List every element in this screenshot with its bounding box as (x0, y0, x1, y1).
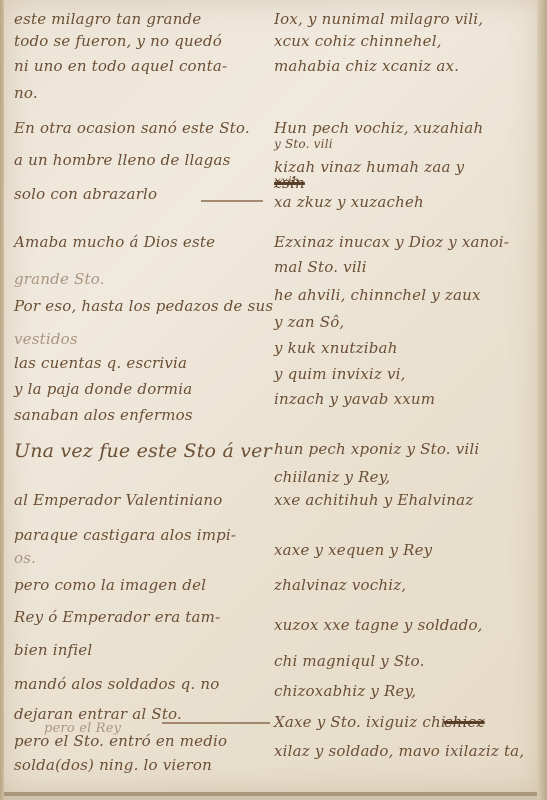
manuscript-line-spanish: las cuentas q. escrivia (14, 354, 187, 372)
manuscript-line-mayan: y quim invixiz vi, (274, 365, 406, 383)
manuscript-line-mayan: he ahvili, chinnchel y zaux (274, 286, 481, 304)
manuscript-line-mayan: Xaxe y Sto. ixiguiz chi- (274, 713, 451, 731)
struck-word: chiez (444, 713, 485, 731)
manuscript-line-spanish: al Emperador Valentiniano (14, 491, 223, 509)
manuscript-line-mayan: Iox, y nunimal milagro vili, (274, 10, 483, 28)
manuscript-line-spanish: todo se fueron, y no quedó (14, 32, 222, 50)
manuscript-line-spanish: este milagro tan grande (14, 10, 201, 28)
manuscript-line-spanish: sanaban alos enfermos (14, 406, 193, 424)
manuscript-line-spanish: bien infiel (14, 641, 92, 659)
manuscript-line-spanish: paraque castigara alos impi- (14, 526, 236, 544)
connector-line (162, 722, 270, 724)
manuscript-line-mayan: Hun pech vochiz, xuzahiah (274, 119, 483, 137)
manuscript-line-mayan: xuzox xxe tagne y soldado, (274, 616, 483, 634)
manuscript-line-mayan: Ezxinaz inucax y Dioz y xanoi- (274, 233, 509, 251)
manuscript-line-spanish: a un hombre lleno de llagas (14, 151, 231, 169)
manuscript-line-spanish: no. (14, 84, 38, 102)
manuscript-line-spanish: solda(dos) ning. lo vieron (14, 756, 212, 774)
manuscript-line-mayan: xxe achitihuh y Ehalvinaz (274, 491, 473, 509)
manuscript-line-spanish: Por eso, hasta los pedazos de sus (14, 297, 273, 315)
manuscript-line-mayan: chiilaniz y Rey, (274, 468, 390, 486)
manuscript-line-mayan: chizoxabhiz y Rey, (274, 682, 416, 700)
manuscript-line-spanish: Amaba mucho á Dios este (14, 233, 215, 251)
manuscript-line-spanish: mandó alos soldados q. no (14, 675, 219, 693)
interlinear-note: pero el Rey (44, 721, 121, 736)
manuscript-line-spanish: grande Sto. (14, 270, 105, 288)
manuscript-line-spanish: En otra ocasion sanó este Sto. (14, 119, 250, 137)
manuscript-page: este milagro tan grandetodo se fueron, y… (4, 0, 543, 796)
manuscript-line-mayan: y kuk xnutzibah (274, 339, 398, 357)
manuscript-line-mayan: chi magniqul y Sto. (274, 652, 425, 670)
manuscript-line-mayan: xcux cohiz chinnehel, (274, 32, 442, 50)
manuscript-line-spanish: Rey ó Emperador era tam- (14, 608, 220, 626)
connector-line (201, 200, 263, 202)
manuscript-line-mayan: hun pech xponiz y Sto. vili (274, 440, 479, 458)
manuscript-line-mayan: y zan Sô, (274, 313, 344, 331)
manuscript-line-spanish: pero como la imagen del (14, 576, 206, 594)
manuscript-line-spanish: solo con abrazarlo (14, 185, 157, 203)
manuscript-line-spanish: ni uno en todo aquel conta- (14, 57, 227, 75)
manuscript-line-mayan: xaxe y xequen y Rey (274, 541, 432, 559)
manuscript-line-mayan: xilaz y soldado, mavo ixilaziz ta, (274, 742, 524, 760)
page-right-edge (537, 0, 547, 800)
manuscript-line-mayan: zhalvinaz vochiz, (274, 576, 406, 594)
manuscript-line-mayan: mahabia chiz xcaniz ax. (274, 57, 459, 75)
manuscript-line-spanish: y la paja donde dormia (14, 380, 192, 398)
manuscript-line-mayan: xa zkuz y xuzacheh (274, 193, 424, 211)
manuscript-line-mayan: y Sto. vili (274, 137, 333, 151)
manuscript-line-spanish: Una vez fue este Sto á ver (14, 440, 272, 462)
manuscript-line-spanish: os. (14, 549, 36, 567)
manuscript-line-spanish: vestidos (14, 330, 78, 348)
manuscript-line-mayan: inzach y yavab xxum (274, 390, 435, 408)
struck-word: zsin (274, 174, 305, 192)
manuscript-line-mayan: mal Sto. vili (274, 258, 367, 276)
